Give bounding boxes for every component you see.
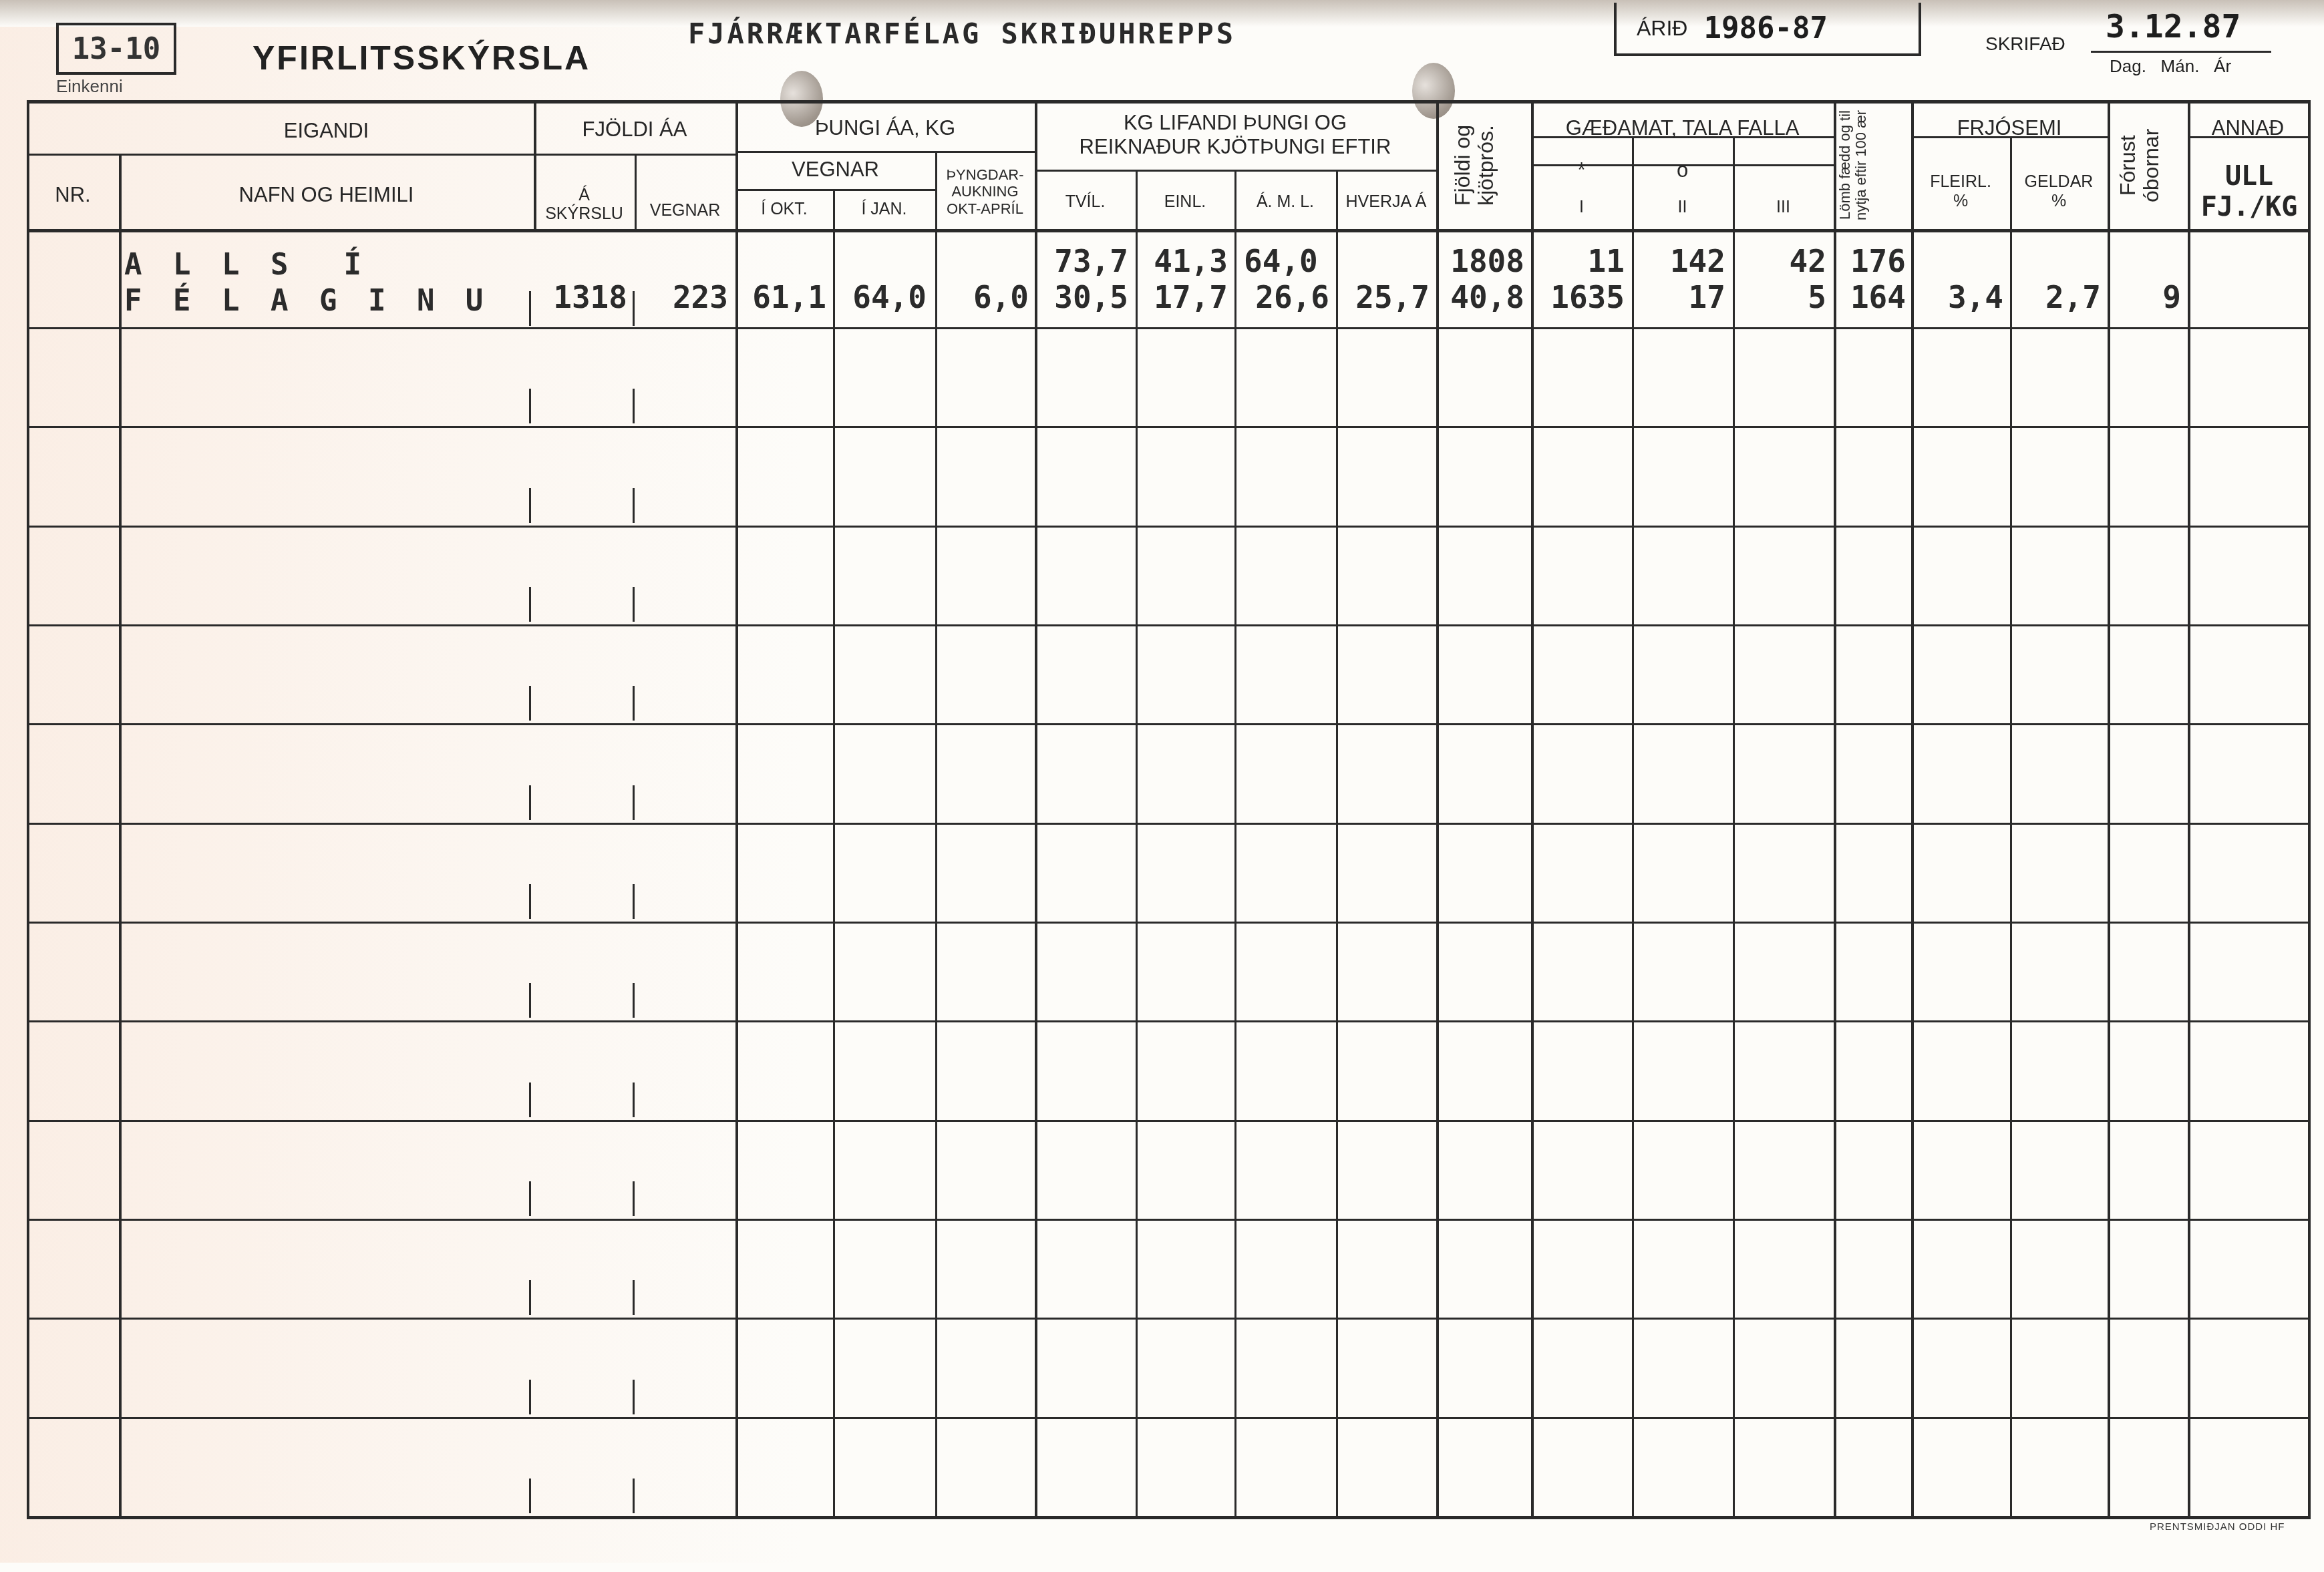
row-divider (27, 327, 2308, 329)
header-grade-2: II (1632, 186, 1733, 228)
skyrslu-tick-left (529, 1083, 531, 1117)
id-code-box: 13-10 (56, 23, 176, 75)
cell-grade2-bottom[interactable]: 17 (1632, 279, 1725, 315)
header-grade-3: III (1733, 186, 1834, 228)
skyrslu-tick-right (633, 785, 635, 820)
skyrslu-tick-left (529, 488, 531, 523)
cell-hverjaa-bottom[interactable]: 25,7 (1336, 279, 1430, 315)
header-grade-1: I (1531, 186, 1632, 228)
header-ull: ULL FJ./KG (2188, 155, 2311, 228)
row-divider (27, 1020, 2308, 1022)
row-divider (27, 723, 2308, 725)
column-divider (935, 229, 937, 1516)
cell-a-skyrslu[interactable]: 1318 (534, 279, 627, 315)
column-divider (2010, 229, 2012, 1516)
cell-i-jan[interactable]: 64,0 (833, 279, 927, 315)
skyrslu-tick-left (529, 983, 531, 1018)
cell-tvil-top[interactable]: 73,7 (1035, 243, 1128, 279)
printer-credit: PRENTSMIÐJAN ODDI HF (2150, 1521, 2285, 1533)
cell-grade2-top[interactable]: 142 (1632, 243, 1725, 279)
header-fleirl: FLEIRL. % (1911, 155, 2010, 228)
skyrslu-tick-left (529, 686, 531, 721)
cell-einl-bottom[interactable]: 17,7 (1136, 279, 1228, 315)
column-divider (1234, 229, 1236, 1516)
header-tvil: TVÍL. (1035, 175, 1136, 228)
skyrslu-tick-left (529, 785, 531, 820)
cell-forust[interactable]: 9 (2108, 279, 2181, 315)
header-gaedamat: GÆÐAMAT, TALA FALLA (1531, 102, 1834, 155)
skyrslu-tick-left (529, 587, 531, 622)
skyrslu-tick-right (633, 1083, 635, 1117)
cell-lomb-top[interactable]: 176 (1834, 243, 1906, 279)
column-divider (1632, 229, 1634, 1516)
header-hverjaa: HVERJA Á (1336, 175, 1436, 228)
form-title: YFIRLITSSKÝRSLA (253, 39, 591, 77)
header-lomb: Lömb fædd og til nytja eftir 100 ær (1837, 104, 1908, 226)
header-i-jan: Í JAN. (833, 190, 935, 228)
row-divider (27, 1219, 2308, 1221)
header-forust-obornar: Fórust óbornar (2116, 107, 2180, 224)
row-divider (27, 823, 2308, 825)
cell-lomb-bottom[interactable]: 164 (1834, 279, 1906, 315)
row-divider (27, 1120, 2308, 1122)
skyrslu-tick-left (529, 389, 531, 423)
column-divider (2188, 100, 2190, 1516)
skyrslu-tick-right (633, 1380, 635, 1414)
skyrslu-tick-left (529, 1280, 531, 1315)
cell-grade1-top[interactable]: 11 (1531, 243, 1625, 279)
table-left-border (27, 100, 29, 1516)
written-date: 3.12.87 (2106, 8, 2240, 45)
cell-thyngdaraukning[interactable]: 6,0 (935, 279, 1029, 315)
skyrslu-tick-left (529, 1380, 531, 1414)
cell-fleirl[interactable]: 3,4 (1911, 279, 2003, 315)
date-underline (2091, 51, 2271, 53)
header-geldar: GELDAR % (2010, 155, 2108, 228)
cell-i-okt[interactable]: 61,1 (735, 279, 826, 315)
cell-tvil-bottom[interactable]: 30,5 (1035, 279, 1128, 315)
header-aml: Á. M. L. (1234, 175, 1336, 228)
written-label: SKRIFAÐ (1985, 33, 2065, 55)
year-box: ÁRIÐ 1986-87 (1614, 3, 1921, 56)
row-divider (27, 526, 2308, 528)
header-fjoldi-kjotpros: Fjöldi og kjötprós. (1451, 107, 1518, 224)
row-divider (27, 1318, 2308, 1320)
header-annad: ANNAÐ (2188, 102, 2308, 155)
cell-aml-top[interactable]: 64,0 (1234, 243, 1332, 279)
table-bottom-border (27, 1516, 2311, 1519)
skyrslu-tick-right (633, 686, 635, 721)
cell-geldar[interactable]: 2,7 (2010, 279, 2101, 315)
cell-fjoldi-kjot-bottom[interactable]: 40,8 (1436, 279, 1524, 315)
header-einl: EINL. (1136, 175, 1234, 228)
skyrslu-tick-right (633, 983, 635, 1018)
header-thungi-aa: ÞUNGI ÁA, KG (735, 104, 1035, 152)
header-fjoldi-aa: FJÖLDI ÁA (534, 104, 735, 155)
header-thungi-vegnar: VEGNAR (735, 151, 935, 188)
owner-name-line2[interactable]: F É L A G I N U (124, 283, 490, 319)
header-grade-star: * (1531, 155, 1632, 186)
cell-vegnar[interactable]: 223 (635, 279, 728, 315)
skyrslu-tick-left (529, 1479, 531, 1513)
id-code: 13-10 (72, 32, 160, 66)
row-divider (27, 922, 2308, 924)
cell-grade1-bottom[interactable]: 1635 (1531, 279, 1625, 315)
row-divider (27, 1417, 2308, 1419)
header-thyngdaraukning: ÞYNGDAR- AUKNING OKT-APRÍL (935, 155, 1035, 228)
organization-name: FJÁRRÆKTARFÉLAG SKRIÐUHREPPS (688, 17, 1236, 50)
skyrslu-tick-left (529, 884, 531, 919)
row-divider (27, 426, 2308, 428)
year-value: 1986-87 (1703, 11, 1827, 45)
table-right-border (2308, 100, 2311, 1519)
header-frjosemi: FRJÓSEMI (1911, 102, 2108, 155)
date-caption: Dag. Mán. Ár (2110, 56, 2231, 77)
column-divider (1136, 229, 1138, 1516)
column-divider (1336, 229, 1338, 1516)
skyrslu-tick-right (633, 1479, 635, 1513)
column-divider (119, 155, 122, 1516)
skyrslu-tick-left (529, 1181, 531, 1216)
header-eigandi: EIGANDI (119, 107, 534, 155)
skyrslu-tick-right (633, 1280, 635, 1315)
skyrslu-tick-right (633, 884, 635, 919)
header-kg-lifandi: KG LIFANDI ÞUNGI OG REIKNAÐUR KJÖTÞUNGI … (1035, 102, 1436, 168)
column-divider (833, 229, 835, 1516)
cell-aml-bottom[interactable]: 26,6 (1234, 279, 1329, 315)
cell-fjoldi-kjot-top[interactable]: 1808 (1436, 243, 1524, 279)
header-grade-circle: o (1632, 155, 1733, 186)
header-nafn: NAFN OG HEIMILI (119, 160, 534, 229)
skyrslu-tick-right (633, 587, 635, 622)
cell-grade3-top[interactable]: 42 (1733, 243, 1826, 279)
owner-name-line1[interactable]: A L L S Í (124, 247, 368, 283)
id-label: Einkenni (56, 76, 123, 97)
skyrslu-tick-left (529, 291, 531, 326)
header-nr: NR. (27, 160, 119, 229)
column-divider (1733, 229, 1735, 1516)
row-divider (27, 624, 2308, 626)
cell-grade3-bottom[interactable]: 5 (1733, 279, 1826, 315)
skyrslu-tick-right (633, 488, 635, 523)
header-bottom-border (27, 229, 2308, 232)
cell-einl-top[interactable]: 41,3 (1136, 243, 1228, 279)
skyrslu-tick-right (633, 1181, 635, 1216)
skyrslu-tick-right (633, 389, 635, 423)
header-vegnar: VEGNAR (635, 194, 735, 227)
year-label: ÁRIÐ (1637, 16, 1687, 41)
header-i-okt: Í OKT. (735, 190, 833, 228)
header-a-skyrslu: Á SKÝRSLU (534, 160, 635, 229)
